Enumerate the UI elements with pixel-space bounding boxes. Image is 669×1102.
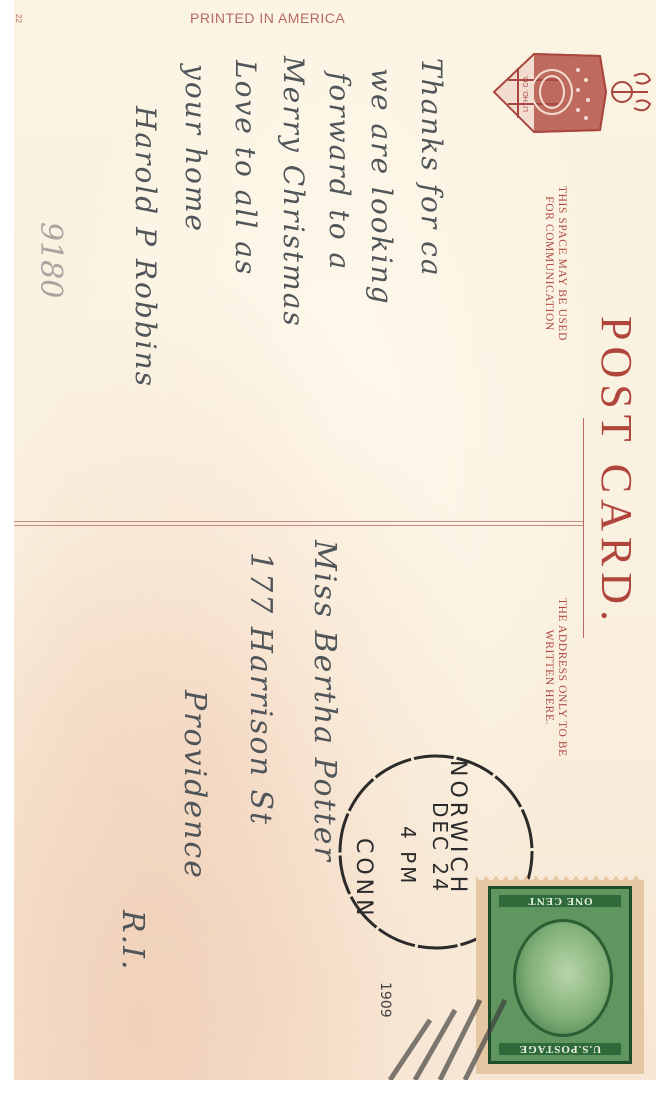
communication-label-line-2: FOR COMMUNICATION: [542, 186, 555, 341]
address-line: R.I.: [115, 910, 150, 972]
address-label: THE ADDRESS ONLY TO BE WRITTEN HERE.: [542, 598, 568, 757]
address-label-line-2: WRITTEN HERE.: [542, 598, 555, 757]
message-line: Thanks for ca: [415, 58, 448, 278]
communication-label: THIS SPACE MAY BE USED FOR COMMUNICATION: [542, 186, 568, 341]
postcard-title: POST CARD.: [591, 316, 642, 627]
postmark-state: CONN: [351, 838, 376, 920]
address-line: Providence: [177, 690, 212, 880]
communication-label-line-1: THIS SPACE MAY BE USED: [555, 186, 568, 341]
printer-note: PRINTED IN AMERICA: [190, 10, 345, 26]
postmark-time: 4 PM: [396, 826, 420, 886]
stamp-denomination: ONE CENT: [499, 895, 621, 907]
message-line: your home: [179, 64, 212, 233]
crest-text: LITHO. CO.: [523, 75, 530, 112]
pencil-note: 9180: [33, 222, 68, 298]
address-line: 177 Harrison St: [243, 552, 278, 826]
message-line: forward to a: [323, 72, 356, 271]
message-line: Merry Christmas: [277, 56, 310, 328]
title-bracket-line: [583, 418, 584, 638]
message-line: Love to all as: [229, 60, 262, 276]
divider-line: [14, 521, 583, 522]
shield-crest-icon: LITHO. CO.: [488, 46, 656, 138]
divider-line-secondary: [14, 525, 583, 526]
postmark-date: DEC 24: [428, 802, 452, 894]
cancellation-bars-icon: [370, 980, 570, 1080]
message-line: we are looking: [365, 68, 398, 306]
corner-mark: 22: [14, 14, 23, 23]
signature: Harold P Robbins: [129, 106, 162, 388]
address-label-line-1: THE ADDRESS ONLY TO BE: [555, 598, 568, 757]
